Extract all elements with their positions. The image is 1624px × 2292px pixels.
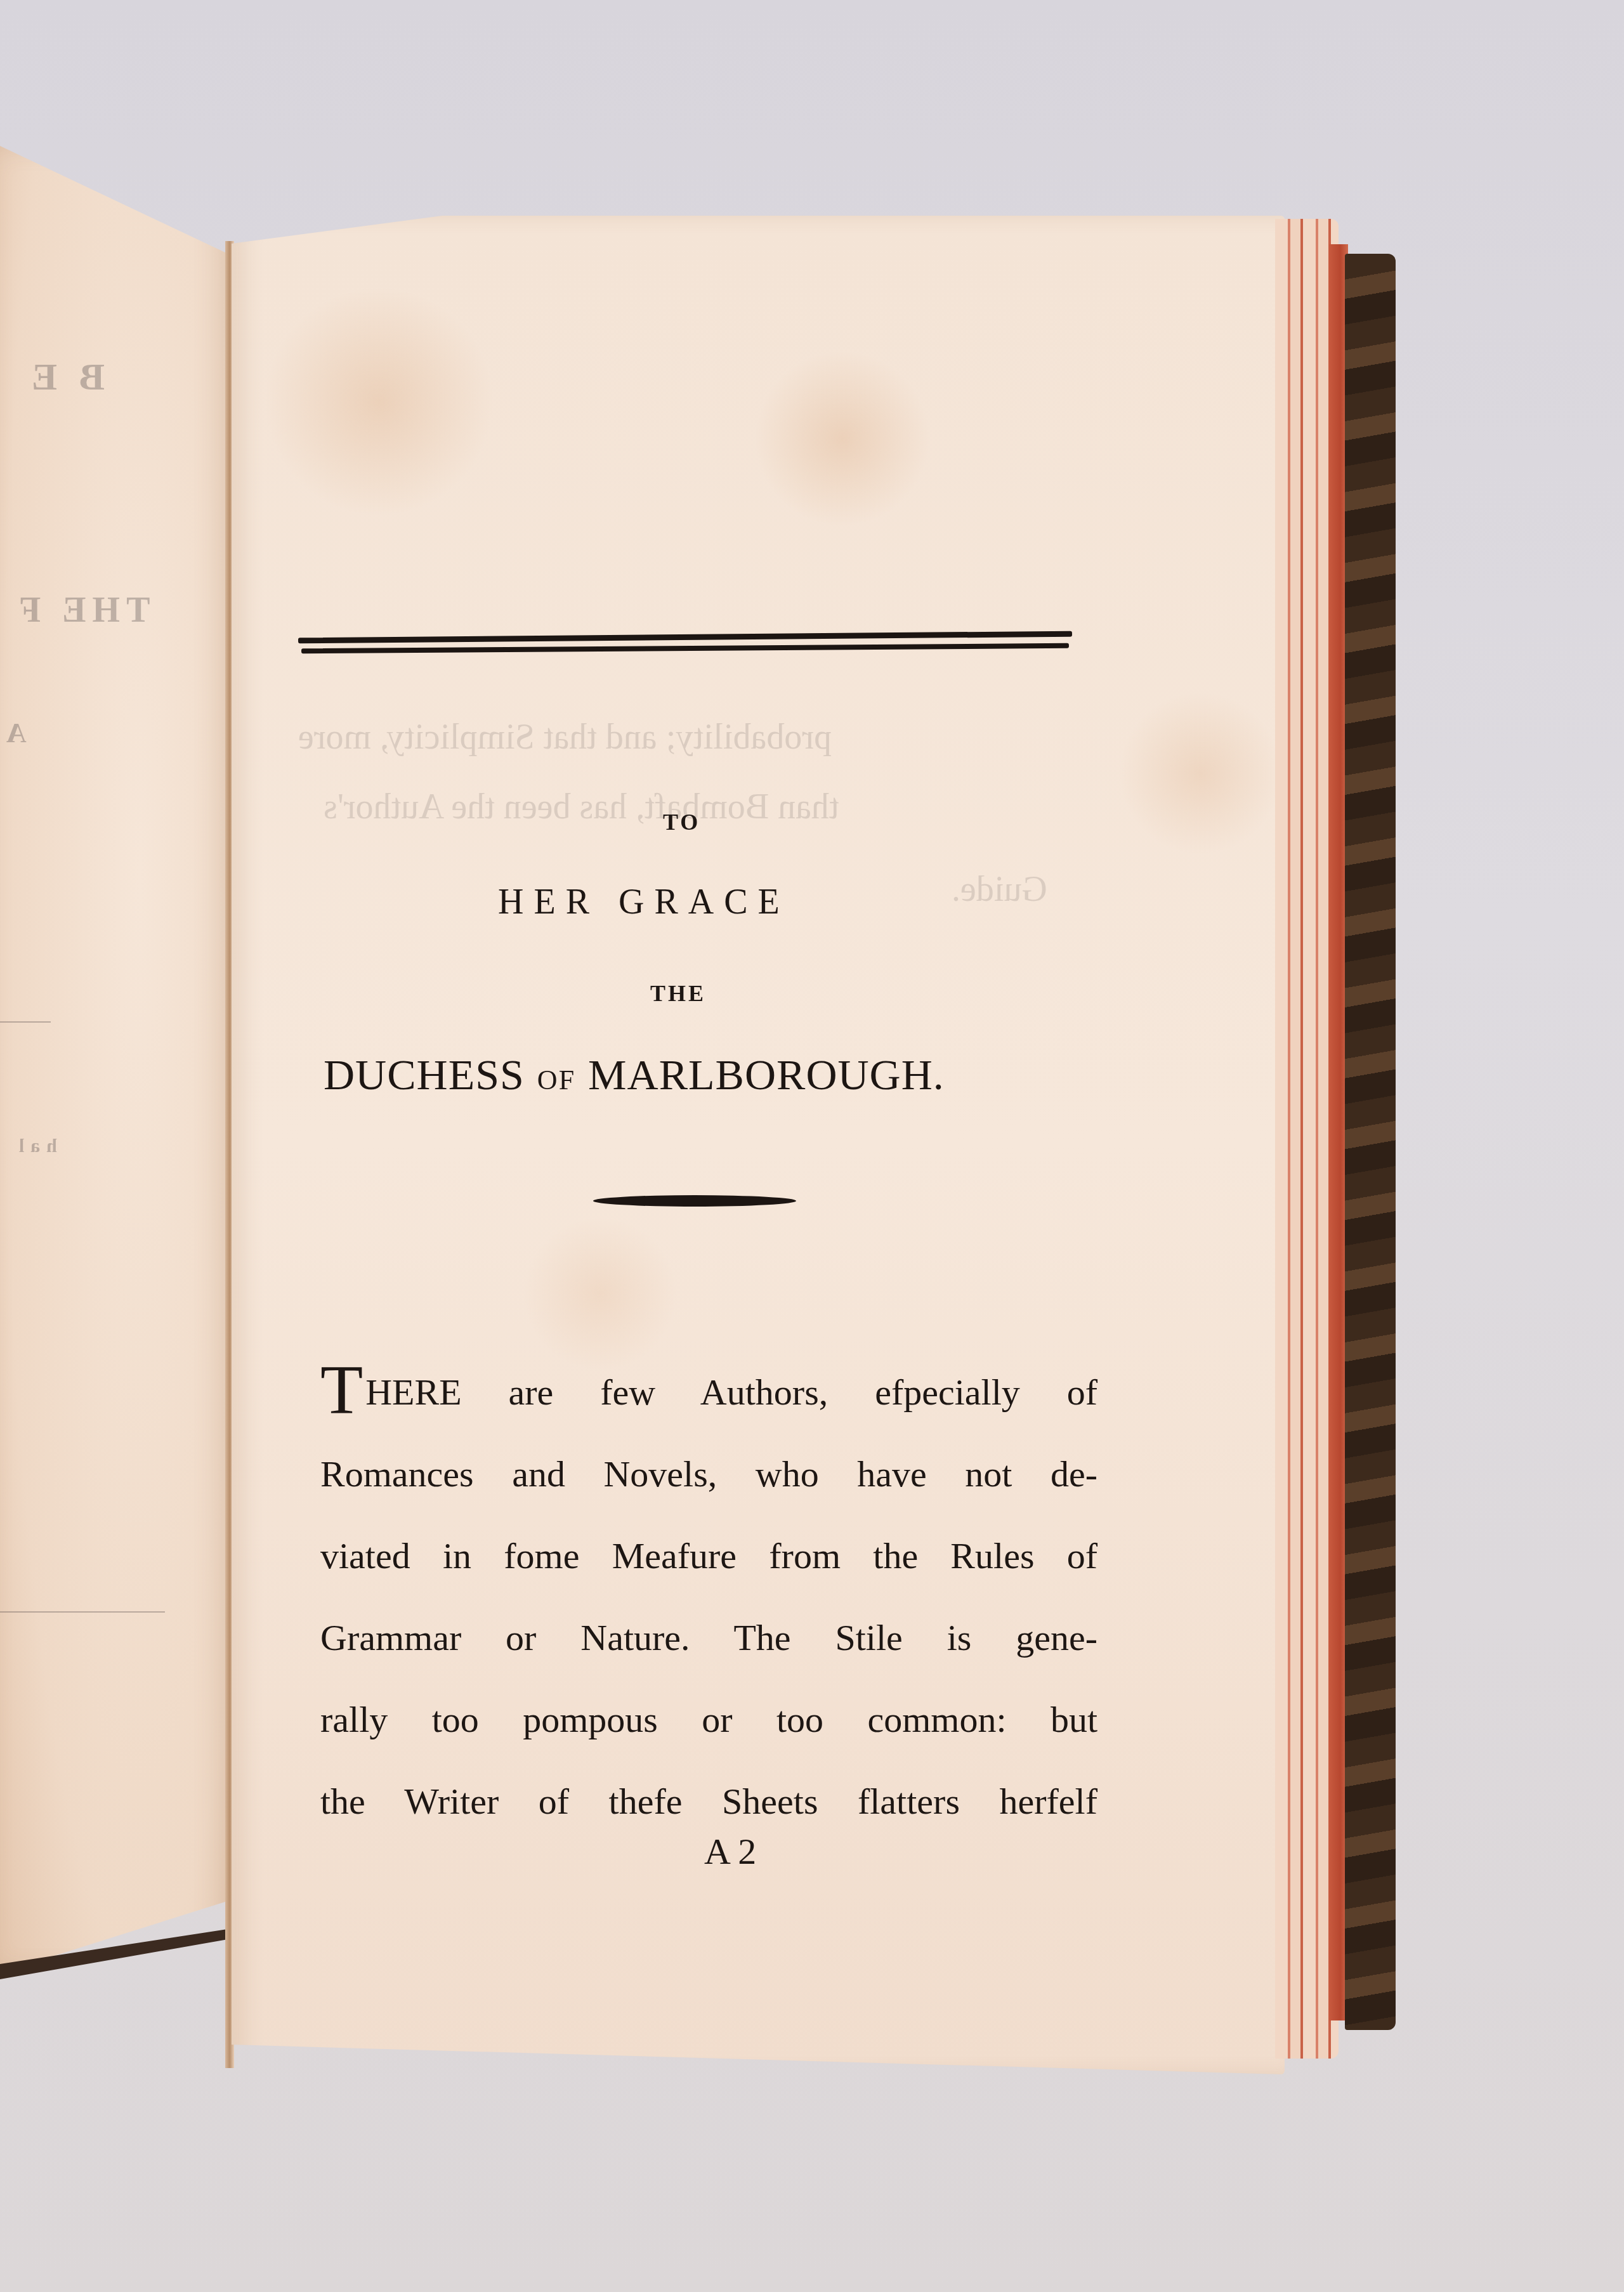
body-line: viated in fome Meafure from the Rules of xyxy=(320,1515,1097,1597)
show-through-text: probability; and that Simplicity, more xyxy=(298,717,832,757)
drop-cap: T xyxy=(320,1351,363,1429)
open-book-photo: B E THE F A hal probability; and that Si… xyxy=(0,0,1624,2292)
left-page-rule xyxy=(0,1021,51,1023)
left-page-ghost-text: A xyxy=(0,717,27,749)
dedication-duchess: DUCHESS xyxy=(324,1051,525,1099)
short-rule-ornament xyxy=(593,1195,796,1207)
left-page-rule xyxy=(0,1611,165,1613)
left-page-ghost-text: hal xyxy=(13,1136,57,1157)
body-line: Grammar or Nature. The Stile is gene- xyxy=(320,1597,1097,1679)
dedication-to: TO xyxy=(663,809,700,835)
left-page-verso: B E THE F A hal xyxy=(0,146,232,1973)
show-through-text: Guide. xyxy=(952,869,1047,910)
dedication-marlborough: MARLBOROUGH. xyxy=(588,1051,945,1099)
body-line: THERE are few Authors, efpecially of xyxy=(320,1351,1097,1433)
dedication-of: OF xyxy=(537,1064,575,1096)
left-page-ghost-text: B E xyxy=(25,355,105,399)
left-page-ghost-text: THE F xyxy=(13,590,150,631)
show-through-text: than Bombaft, has been the Author's xyxy=(324,787,839,827)
dedication-the: THE xyxy=(650,980,706,1007)
dedication-body: THERE are few Authors, efpecially of Rom… xyxy=(320,1351,1097,1842)
body-line: Romances and Novels, who have not de- xyxy=(320,1433,1097,1515)
signature-mark: A 2 xyxy=(704,1830,756,1873)
body-line: rally too pompous or too common: but xyxy=(320,1679,1097,1760)
dedication-her-grace: HER GRACE xyxy=(498,882,790,922)
leather-cover-edge xyxy=(1345,254,1396,2030)
dedication-duchess-of-marlborough: DUCHESSOFMARLBOROUGH. xyxy=(324,1050,945,1100)
